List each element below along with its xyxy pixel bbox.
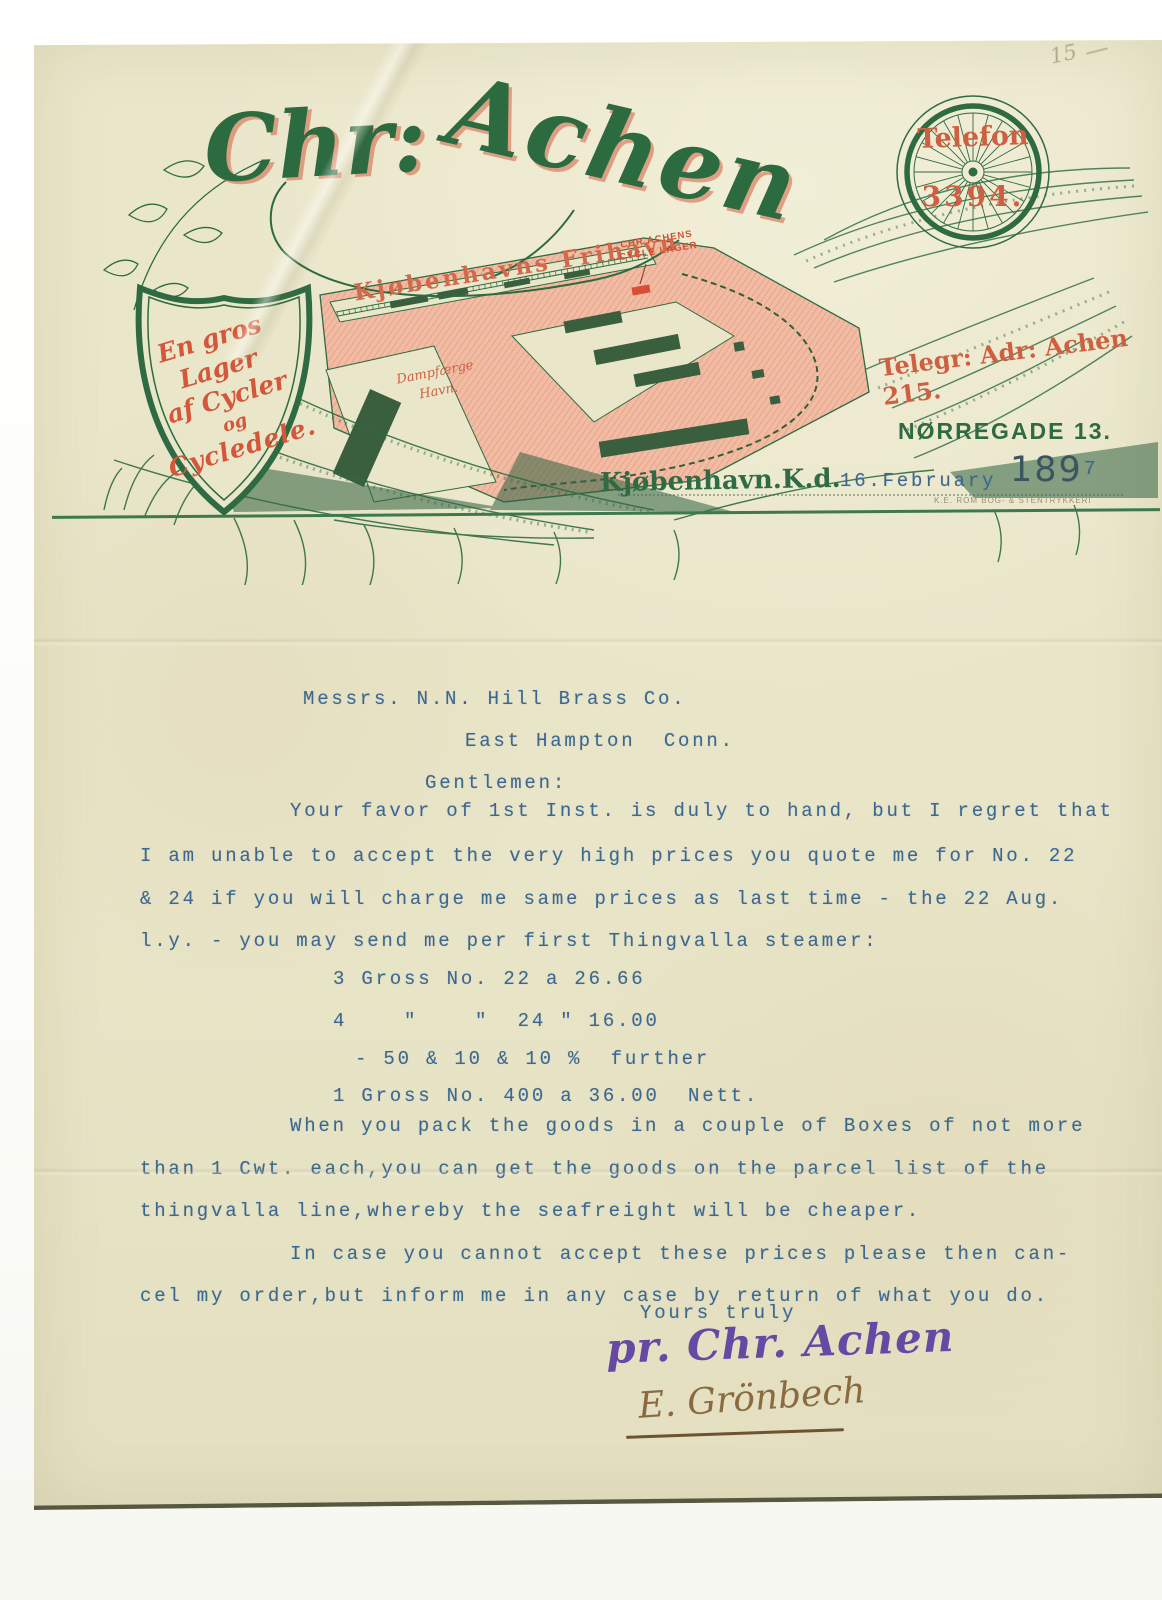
- city-dateline-printed: Kjøbenhavn.K.d.: [600, 464, 841, 498]
- body-line: Your favor of 1st Inst. is duly to hand,…: [290, 800, 1114, 822]
- salutation: Gentlemen:: [425, 772, 567, 794]
- body-line: than 1 Cwt. each,you can get the goods o…: [140, 1158, 1049, 1180]
- telefon-number: 3394.: [898, 183, 1048, 211]
- body-line: l.y. - you may send me per first Thingva…: [140, 930, 879, 952]
- year-typed-digit: 7: [1084, 458, 1098, 480]
- signature-underline: [626, 1428, 844, 1438]
- street-address: NØRREGADE 13.: [898, 418, 1112, 445]
- year-printed: 189: [1010, 450, 1083, 490]
- handwritten-signature: E. Grönbech: [637, 1370, 867, 1427]
- recipient-line-1: Messrs. N.N. Hill Brass Co.: [303, 688, 686, 710]
- letter-page: Chr: Achen Telefon 3394. En gros Lager a…: [34, 40, 1162, 1510]
- telefon-label: Telefon: [898, 121, 1049, 153]
- printer-imprint: K.E. ROM BOG- & STENTRYKKERI: [934, 496, 1092, 505]
- date-typed: 16.February: [840, 470, 996, 492]
- bicycle-wheel-icon: [897, 96, 1049, 248]
- order-item-line: 3 Gross No. 22 a 26.66: [333, 968, 645, 990]
- order-item-line: 4 " " 24 " 16.00: [333, 1010, 660, 1032]
- company-name-script-prefix: Chr:: [202, 92, 429, 196]
- order-item-line: 1 Gross No. 400 a 36.00 Nett.: [333, 1085, 759, 1107]
- body-line: I am unable to accept the very high pric…: [140, 845, 1077, 867]
- body-line: In case you cannot accept these prices p…: [290, 1243, 1071, 1265]
- paper-fold: [34, 638, 1162, 646]
- scanned-letter: { "colors": { "paper": "#e9e5c8", "print…: [0, 0, 1162, 1600]
- recipient-line-2: East Hampton Conn.: [465, 730, 735, 752]
- body-line: thingvalla line,whereby the seafreight w…: [140, 1200, 921, 1222]
- order-item-line: - 50 & 10 & 10 % further: [355, 1048, 710, 1070]
- body-line: & 24 if you will charge me same prices a…: [140, 888, 1063, 910]
- body-line: When you pack the goods in a couple of B…: [290, 1115, 1085, 1137]
- body-line: cel my order,but inform me in any case b…: [140, 1285, 1049, 1307]
